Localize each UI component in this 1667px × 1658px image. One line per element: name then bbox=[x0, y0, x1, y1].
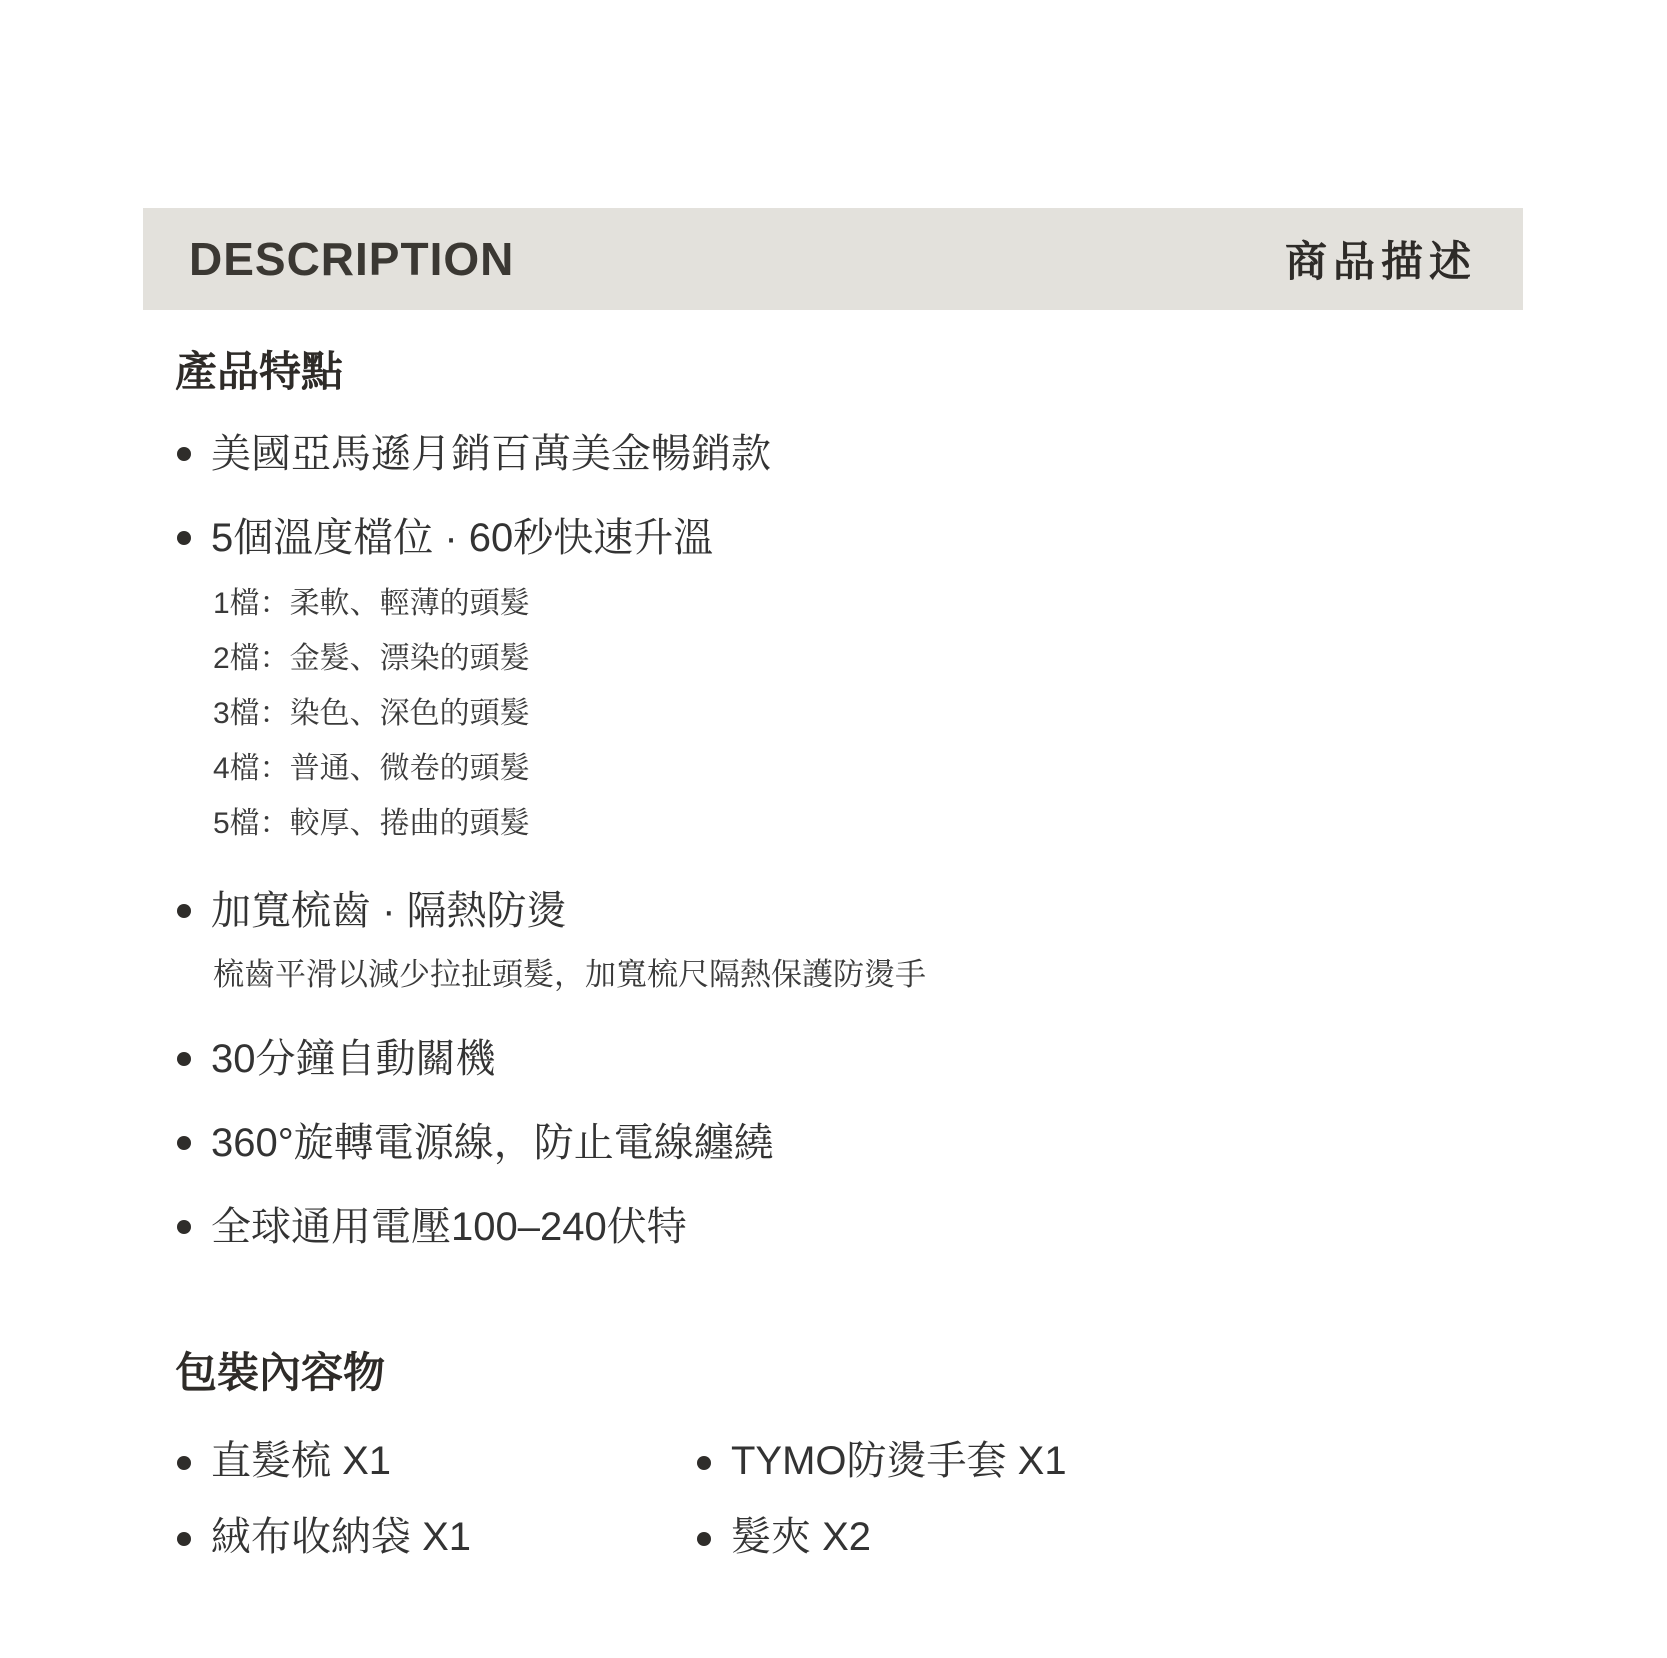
content-area: 產品特點 美國亞馬遜月銷百萬美金暢銷款 5個溫度檔位 · 60秒快速升溫 1檔：… bbox=[175, 348, 1505, 1561]
bullet-dot bbox=[177, 531, 191, 545]
feature-text: 美國亞馬遜月銷百萬美金暢銷款 bbox=[211, 428, 771, 480]
feature-wide-comb: 加寬梳齒 · 隔熱防燙 梳齒平滑以減少拉扯頭髮，加寬梳尺隔熱保護防燙手 bbox=[175, 885, 1505, 1000]
bullet-dot bbox=[177, 904, 191, 918]
product-description-page: DESCRIPTION 商品描述 產品特點 美國亞馬遜月銷百萬美金暢銷款 5個溫… bbox=[0, 0, 1667, 1658]
features-heading: 產品特點 bbox=[175, 348, 1505, 396]
header-title-en: DESCRIPTION bbox=[189, 232, 514, 286]
temperature-level-details: 1檔：柔軟、輕薄的頭髮 2檔：金髮、漂染的頭髮 3檔：染色、深色的頭髮 4檔：普… bbox=[213, 576, 713, 851]
bullet-dot bbox=[177, 447, 191, 461]
feature-universal-voltage: 全球通用電壓100–240伏特 bbox=[175, 1201, 1505, 1253]
bullet-dot bbox=[697, 1532, 711, 1546]
package-item-label: 髮夾 X2 bbox=[731, 1513, 871, 1561]
bullet-dot bbox=[177, 1456, 191, 1470]
temperature-level-5: 5檔：較厚、捲曲的頭髮 bbox=[213, 796, 713, 851]
package-item-hair-clips: 髮夾 X2 bbox=[695, 1513, 1505, 1561]
feature-swivel-cord: 360°旋轉電源線，防止電線纏繞 bbox=[175, 1117, 1505, 1169]
package-item-straightener: 直髮梳 X1 bbox=[175, 1437, 695, 1485]
description-header-bar: DESCRIPTION 商品描述 bbox=[143, 208, 1523, 310]
header-title-zh: 商品描述 bbox=[1285, 229, 1477, 289]
package-items-grid: 直髮梳 X1 TYMO防燙手套 X1 絨布收納袋 X1 髮夾 X2 bbox=[175, 1437, 1505, 1561]
package-contents-section: 包裝內容物 直髮梳 X1 TYMO防燙手套 X1 絨布收納袋 X1 髮夾 X2 bbox=[175, 1349, 1505, 1561]
feature-text: 30分鐘自動關機 bbox=[211, 1033, 496, 1085]
temperature-level-2: 2檔：金髮、漂染的頭髮 bbox=[213, 631, 713, 686]
temperature-level-3: 3檔：染色、深色的頭髮 bbox=[213, 686, 713, 741]
feature-text: 加寬梳齒 · 隔熱防燙 bbox=[211, 885, 926, 937]
feature-text: 全球通用電壓100–240伏特 bbox=[211, 1201, 687, 1253]
package-heading: 包裝內容物 bbox=[175, 1349, 1505, 1397]
bullet-dot bbox=[177, 1532, 191, 1546]
feature-auto-off: 30分鐘自動關機 bbox=[175, 1033, 1505, 1085]
package-item-glove: TYMO防燙手套 X1 bbox=[695, 1437, 1505, 1485]
bullet-dot bbox=[177, 1052, 191, 1066]
features-list: 美國亞馬遜月銷百萬美金暢銷款 5個溫度檔位 · 60秒快速升溫 1檔：柔軟、輕薄… bbox=[175, 428, 1505, 1252]
feature-temperature-levels: 5個溫度檔位 · 60秒快速升溫 1檔：柔軟、輕薄的頭髮 2檔：金髮、漂染的頭髮… bbox=[175, 512, 1505, 853]
bullet-dot bbox=[697, 1456, 711, 1470]
temperature-level-4: 4檔：普通、微卷的頭髮 bbox=[213, 741, 713, 796]
package-item-label: 絨布收納袋 X1 bbox=[211, 1513, 471, 1561]
bullet-dot bbox=[177, 1220, 191, 1234]
bullet-dot bbox=[177, 1136, 191, 1150]
package-item-label: 直髮梳 X1 bbox=[211, 1437, 391, 1485]
feature-bestseller: 美國亞馬遜月銷百萬美金暢銷款 bbox=[175, 428, 1505, 480]
wide-comb-note: 梳齒平滑以減少拉扯頭髮，加寬梳尺隔熱保護防燙手 bbox=[213, 953, 926, 996]
temperature-level-1: 1檔：柔軟、輕薄的頭髮 bbox=[213, 576, 713, 631]
feature-text: 5個溫度檔位 · 60秒快速升溫 bbox=[211, 512, 713, 564]
package-item-label: TYMO防燙手套 X1 bbox=[731, 1437, 1067, 1485]
package-item-pouch: 絨布收納袋 X1 bbox=[175, 1513, 695, 1561]
feature-text: 360°旋轉電源線，防止電線纏繞 bbox=[211, 1117, 774, 1169]
